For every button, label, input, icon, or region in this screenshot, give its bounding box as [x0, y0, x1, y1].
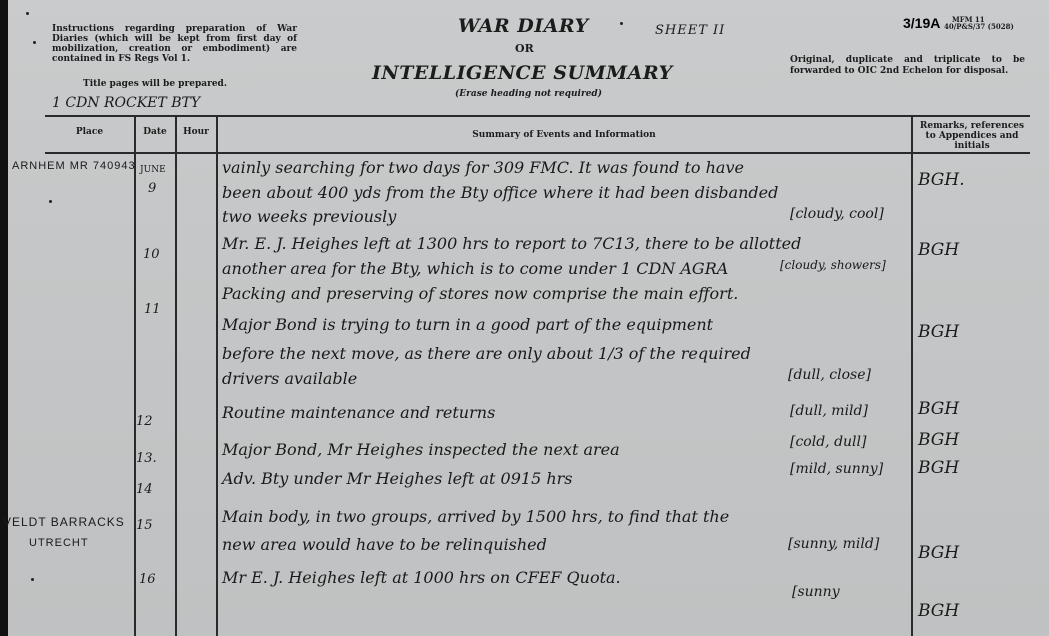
table-header-rule: [45, 152, 1030, 154]
summary-line: been about 400 yds from the Bty office w…: [222, 183, 778, 202]
weather-note: [dull, mild]: [790, 403, 868, 419]
column-header-remarks: Remarks, references to Appendices and in…: [914, 121, 1030, 151]
summary-line: another area for the Bty, which is to co…: [222, 259, 728, 278]
summary-line: Packing and preserving of stores now com…: [222, 284, 738, 303]
summary-line: two weeks previously: [222, 207, 396, 226]
ink-speck: [31, 578, 34, 581]
weather-note: [cloudy, cool]: [790, 206, 884, 222]
title-war-diary: WAR DIARY: [458, 15, 589, 37]
ink-speck: [49, 200, 52, 203]
initials: BGH: [918, 240, 959, 260]
date-entry: 16: [139, 572, 156, 587]
summary-line: vainly searching for two days for 309 FM…: [222, 158, 744, 177]
place-entry: UTRECHT: [29, 537, 89, 549]
weather-note: [mild, sunny]: [790, 461, 883, 477]
summary-line: Major Bond, Mr Heighes inspected the nex…: [222, 440, 620, 459]
summary-line: Routine maintenance and returns: [222, 403, 495, 422]
weather-note: [dull, close]: [788, 367, 871, 383]
summary-line: Mr. E. J. Heighes left at 1300 hrs to re…: [222, 234, 801, 253]
column-header-date: Date: [135, 127, 175, 137]
weather-note: [cold, dull]: [790, 434, 866, 450]
date-entry: 13.: [136, 451, 157, 466]
instructions-note: Instructions regarding preparation of Wa…: [52, 24, 297, 64]
summary-line: Adv. Bty under Mr Heighes left at 0915 h…: [222, 469, 573, 488]
weather-note: [sunny, mild]: [788, 536, 879, 552]
form-ref-bottom: 40/P&S/37 (5028): [944, 23, 1014, 30]
initials: BGH: [918, 430, 959, 450]
place-entry: ARNHEM MR 740943: [12, 160, 136, 172]
date-entry: 15: [136, 518, 153, 533]
title-pages-note: Title pages will be prepared.: [83, 79, 227, 89]
place-entry: VELDT BARRACKS: [3, 515, 125, 529]
date-entry: 14: [136, 482, 153, 497]
initials: BGH: [918, 543, 959, 563]
summary-line: drivers available: [222, 369, 357, 388]
sheet-number: SHEET II: [655, 23, 725, 38]
distribution-note: Original, duplicate and triplicate to be…: [790, 55, 1025, 77]
initials: BGH: [918, 458, 959, 478]
initials: BGH.: [918, 170, 965, 190]
column-divider: [134, 115, 136, 636]
column-divider: [175, 115, 177, 636]
form-reference: MFM 11 40/P&S/37 (5028): [944, 16, 1014, 30]
summary-line: Main body, in two groups, arrived by 150…: [222, 507, 729, 526]
title-intelligence-summary: INTELLIGENCE SUMMARY: [372, 62, 673, 84]
table-top-rule: [45, 115, 1030, 117]
summary-line: Mr E. J. Heighes left at 1000 hrs on CFE…: [222, 568, 621, 587]
column-header-hour: Hour: [176, 127, 216, 137]
summary-line: before the next move, as there are only …: [222, 344, 751, 363]
date-entry: 12: [136, 414, 153, 429]
form-number: 3/19A: [903, 15, 940, 31]
scan-edge: [0, 0, 8, 636]
column-divider: [216, 115, 218, 636]
column-header-place: Place: [45, 127, 134, 137]
date-entry: 9: [148, 181, 156, 196]
column-divider: [911, 115, 913, 636]
summary-line: Major Bond is trying to turn in a good p…: [222, 315, 713, 334]
initials: BGH: [918, 399, 959, 419]
title-or: OR: [515, 42, 534, 55]
date-entry: 10: [143, 247, 160, 262]
ink-speck: [33, 41, 36, 44]
column-header-summary: Summary of Events and Information: [217, 130, 911, 140]
month-label: JUNE: [140, 165, 166, 175]
ink-speck: [620, 22, 623, 25]
ink-speck: [26, 12, 29, 15]
erase-note: (Erase heading not required): [455, 89, 602, 99]
weather-note: [sunny: [792, 584, 840, 600]
unit-name: 1 CDN ROCKET BTY: [52, 95, 200, 111]
weather-note: [cloudy, showers]: [780, 258, 886, 272]
summary-line: new area would have to be relinquished: [222, 535, 547, 554]
date-entry: 11: [144, 302, 161, 317]
initials: BGH: [918, 322, 959, 342]
initials: BGH: [918, 601, 959, 621]
